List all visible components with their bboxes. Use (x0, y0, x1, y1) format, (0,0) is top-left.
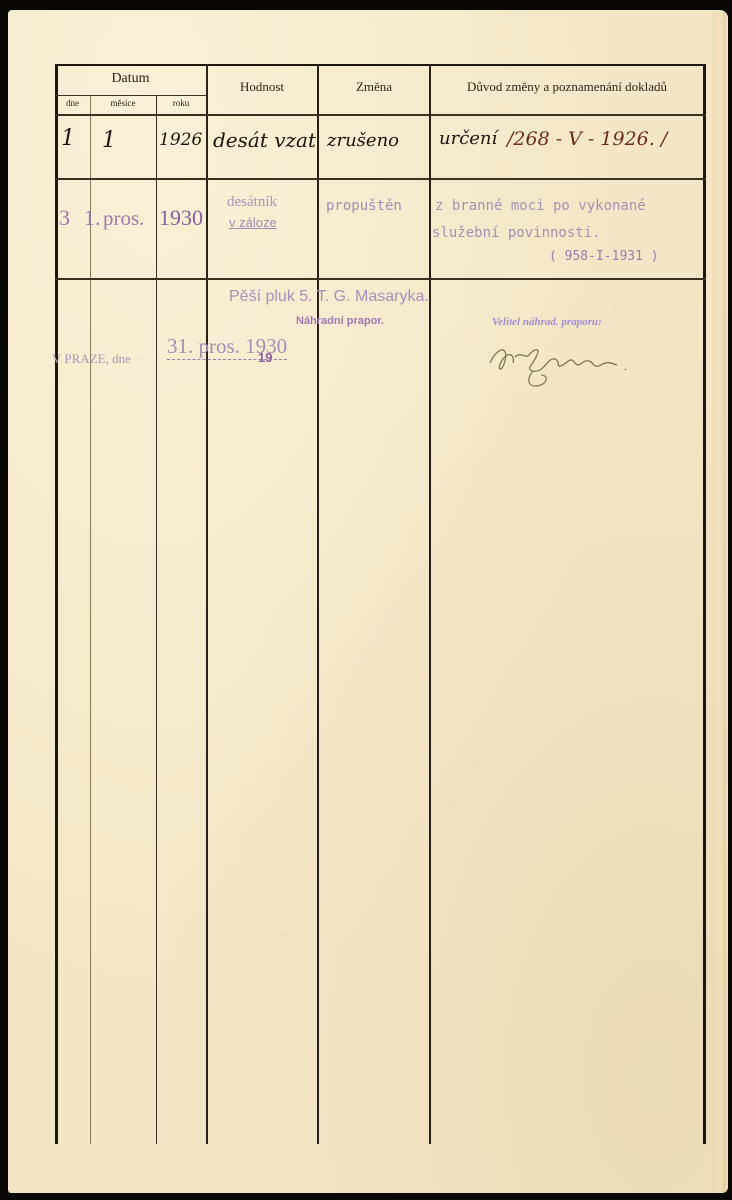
header-bottom-line (55, 114, 706, 116)
row1-hodnost: desát vzat (213, 128, 316, 152)
row2-mesice-day: 1. (84, 205, 101, 231)
row2-duvod-line1: z branné moci po vykonané (435, 198, 646, 214)
row2-bottom-line (55, 278, 706, 280)
page-edge (712, 12, 726, 1192)
header-mesice: měsíce (90, 98, 156, 108)
row2-zmena: propuštěn (326, 198, 402, 214)
header-dne: dne (55, 98, 90, 108)
header-roku: roku (156, 98, 206, 108)
header-datum: Datum (55, 71, 206, 87)
row1-mesice: 1 (102, 128, 116, 153)
stamp-regiment: Pěší pluk 5. T. G. Masaryka. (229, 288, 429, 306)
table-border (55, 64, 706, 1144)
row1-roku: 1926 (159, 130, 202, 150)
row2-dne: 3 (59, 205, 70, 231)
stamp-place-prefix: V PRAZE, dne (52, 351, 131, 367)
row1-duvod-ref: /268 - V - 1926. / (507, 128, 667, 150)
row2-duvod-ref: ( 958-I-1931 ) (549, 249, 659, 264)
row1-duvod-word: určení (439, 128, 497, 149)
col-divider-hodnost (317, 64, 319, 1144)
signature-icon (485, 335, 645, 389)
row2-roku: 1930 (159, 205, 203, 231)
col-divider-roku (206, 64, 208, 1144)
stamp-year-suffix: 19 (258, 350, 272, 365)
row2-hodnost-line1: desátník (227, 194, 277, 211)
col-divider-zmena (429, 64, 431, 1144)
row2-hodnost-line2: v záloze (229, 215, 277, 230)
stamp-commander-title: Velitel náhrad. praporu: (492, 316, 602, 328)
row2-mesice: pros. (103, 206, 144, 231)
col-divider-dne (90, 96, 91, 1144)
header-zmena: Změna (319, 79, 429, 95)
record-table: Datum dne měsíce roku Hodnost Změna Důvo… (55, 64, 706, 1144)
header-sub-divider (55, 95, 206, 96)
row2-duvod-line2: služební povinnosti. (432, 225, 601, 241)
col-divider-mesice (156, 96, 157, 1144)
row1-zmena: zrušeno (327, 130, 399, 151)
stamp-battalion: Náhradní prapor. (296, 315, 384, 327)
header-duvod: Důvod změny a poznamenání dokladů (431, 79, 703, 95)
row1-bottom-line (55, 178, 706, 180)
header-hodnost: Hodnost (207, 79, 317, 95)
row1-dne: 1 (61, 126, 75, 151)
